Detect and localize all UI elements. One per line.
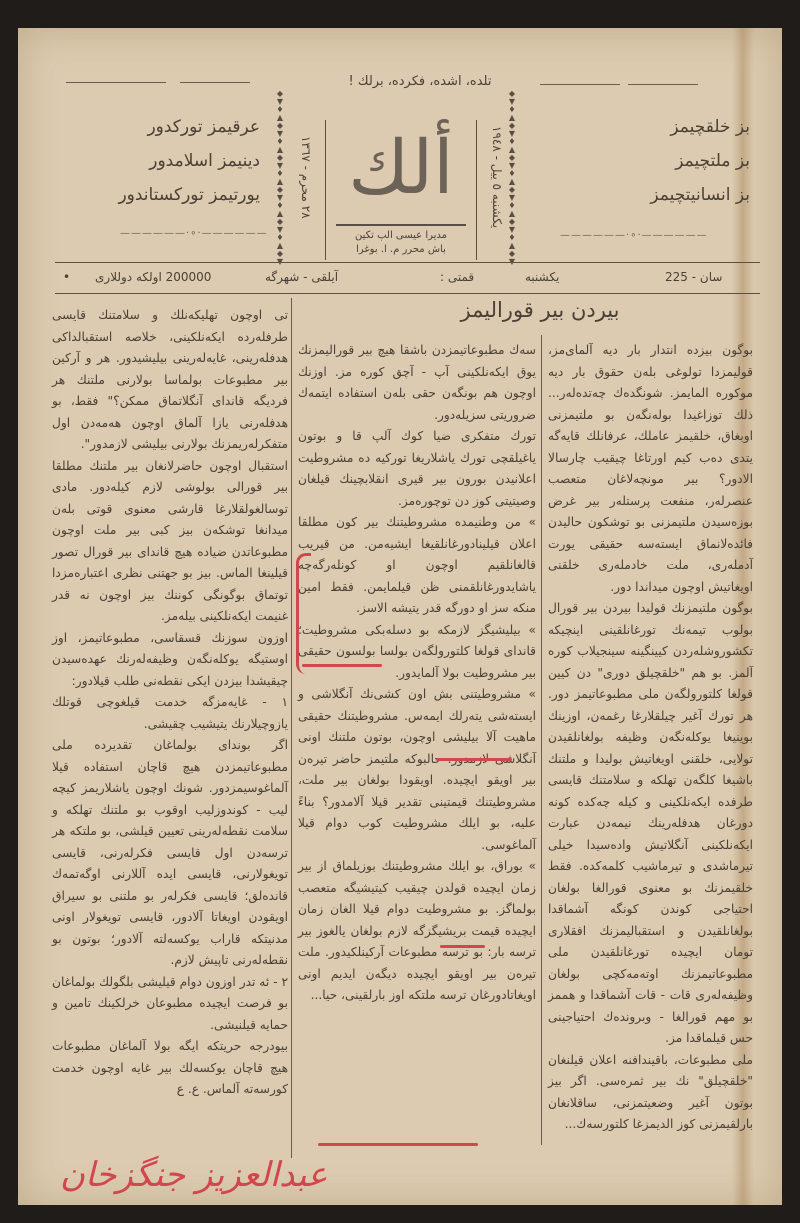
motto-line: بز انسانیتچیمز [540,178,750,212]
motto-left: عرقیمز تورکدور دینیمز اسلامدور یورتیمز ت… [60,110,260,212]
red-underline [302,664,382,667]
article-column-middle: سەك مطبوعاتیمزدن باشقا هیچ بیر قورالیمزن… [298,340,536,1007]
ornament-rule [180,82,250,83]
paragraph: » مشروطیتنی بش اون کشی‌نك آنگلاشی و ایست… [298,684,536,856]
red-underline [318,1143,478,1146]
issue-info-bar: • 200000 اولکه دوللاری آیلقی - شهرگه قمت… [55,262,760,294]
ornament-rule [628,84,698,85]
article-column-right: بوگون بیزده انتدار بار دیه آلمای‌مز، قول… [548,340,753,1136]
paragraph: » من وطنیمدە مشروطیتنك بیر کون مطلقا اعل… [298,512,536,620]
issue-number: 225 - سان [665,270,722,284]
column-rule [541,335,542,1145]
red-underline [436,758,512,761]
price-label: قمتی : [440,270,474,284]
column-rule [291,298,292,1158]
paragraph: تورك متفکری ضیا کوك آلپ قا و بوتون یاغیل… [298,426,536,512]
date-gregorian: یکشنبه ٥ ییل - ١٩٤٨ [484,95,504,260]
paragraph: ملی مطبوعات، باقیندافنه اعلان قیلنغان "خ… [548,1050,753,1136]
paragraph: بیودرجه حریتکه ایگه بولا آلماغان مطبوعات… [52,1036,288,1101]
chief-writer-line: باش محرر م. ا. بوغرا [326,244,476,255]
price-amount: 200000 اولکه دوللاری [95,270,211,284]
bullet-icon: • [63,270,70,284]
ornament-divider-icon: ——————·∘·—————— [560,230,708,241]
article-headline: بیردن بیر قورالیمز [390,298,690,322]
editor-line: مدیرا عیسی الپ تکین [326,230,476,241]
scan-border [18,1205,782,1223]
ornament-divider-icon: ——————·∘·—————— [120,228,268,239]
paragraph: استقبال اوچون حاضرلانغان بیر ملتنك مطلقا… [52,456,288,628]
date-hijri: ٢٨ محرم - ١٣٦٧ [293,95,313,260]
weekday: یکشنبه [525,270,559,284]
masthead-slogan: تلده، اشده، فکرده، برلك ! [300,74,540,89]
ornament-rule [66,82,166,83]
logo-rule [336,224,466,226]
paragraph: سەك مطبوعاتیمزدن باشقا هیچ بیر قورالیمزن… [298,340,536,426]
paragraph: » بوراق، بو ایلك مشروطیتنك بوزیلماق از ب… [298,856,536,1007]
motto-line: بز خلقچیمز [540,110,750,144]
paragraph: اوزون سوزنك قسقاسی، مطبوعاتیمز، اوز اوست… [52,628,288,693]
paragraph: ١ - غایەمزگه خدمت قیلغوچی قوتلك یازوچیلا… [52,692,288,735]
paragraph: اگر بوندای بولماغان تقدیردە ملی مطبوعاتی… [52,735,288,972]
ornament-rule [540,84,620,85]
ornament-strip-right: ◆▼♦▲◆▼♦▲◆▼♦▲◆▼♦▲◆▼♦▲◆▼♦▲◆▼♦▲◆▼♦▲◆▼♦▲◆▼ [507,90,517,265]
paragraph: بوگون ملتیمزنك قولیدا بیردن بیر قورال بو… [548,598,753,1050]
paragraph: ٢ - ئه تدر اوزون دوام قیلیشی بلگولك بولم… [52,972,288,1037]
article-column-left: تی اوچون تهلیکەنلك و سلامتنك قایسی طرفلە… [52,305,288,1101]
ornament-strip-left: ◆▼♦▲◆▼♦▲◆▼♦▲◆▼♦▲◆▼♦▲◆▼♦▲◆▼♦▲◆▼♦▲◆▼♦▲◆▼ [275,90,285,265]
handwritten-signature: عبدالعزیز جنگزخان [60,1155,328,1195]
motto-line: عرقیمز تورکدور [60,110,260,144]
motto-line: بز ملتچیمز [540,144,750,178]
paragraph: بوگون بیزده انتدار بار دیه آلمای‌مز، قول… [548,340,753,598]
logo-box: ألك مدیرا عیسی الپ تکین باش محرر م. ا. ب… [325,120,477,260]
paragraph: » بیلیشیگز لازمکه بو دسلەبکی مشروطیت؛ قا… [298,620,536,685]
red-underline [440,945,485,948]
motto-line: دینیمز اسلامدور [60,144,260,178]
motto-line: یورتیمز تورکستاندور [60,178,260,212]
red-bracket-annotation [296,553,311,674]
paragraph: تی اوچون تهلیکەنلك و سلامتنك قایسی طرفلە… [52,305,288,456]
subscription-period: آیلقی - شهرگه [265,270,338,284]
newspaper-logo: ألك [326,125,476,211]
motto-right: بز خلقچیمز بز ملتچیمز بز انسانیتچیمز [540,110,750,212]
